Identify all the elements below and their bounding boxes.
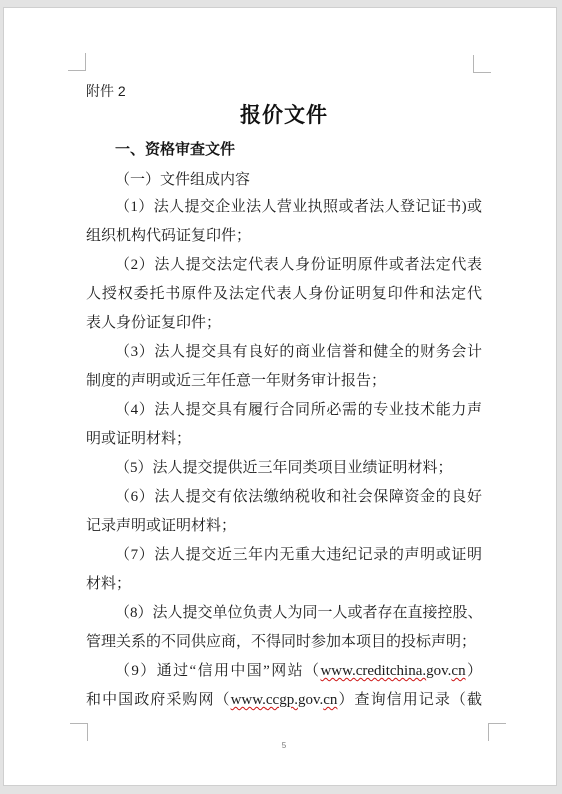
text-run: gov. [426, 663, 451, 679]
crop-mark-top-left-icon [68, 53, 86, 71]
text-line: 和中国政府采购网（www.ccgp.gov.cn）查询信用记录（截 [86, 686, 482, 715]
text-run: （5）法人提交提供近三年同类项目业绩证明材料； [115, 460, 453, 476]
attachment-label: 附件 2 [86, 81, 126, 101]
paragraph: （2）法人提交法定代表人身份证明原件或者法定代表人授权委托书原件及法定代表人身份… [86, 251, 482, 338]
paragraph: （3）法人提交具有良好的商业信誉和健全的财务会计制度的声明或近三年任意一年财务审… [86, 338, 482, 396]
text-line: 记录声明或证明材料； [86, 512, 482, 541]
text-run: 制度的声明或近三年任意一年财务审计报告； [86, 373, 386, 389]
document-page: 附件 2 报价文件 一、资格审查文件 （一）文件组成内容 （1）法人提交企业法人… [3, 7, 557, 786]
text-run: 组织机构代码证复印件； [86, 228, 251, 244]
text-run: （6）法人提交有依法缴纳税收和社会保障资金的良好 [115, 489, 482, 505]
text-line: 明或证明材料； [86, 425, 482, 454]
misspelled-url-segment: www. [231, 692, 266, 708]
text-run: （9）通过“信用中国”网站（ [115, 663, 320, 679]
text-line: （2）法人提交法定代表人身份证明原件或者法定代表 [86, 251, 482, 280]
paragraph: （9）通过“信用中国”网站（www.creditchina.gov.cn）和中国… [86, 657, 482, 715]
text-line: （7）法人提交近三年内无重大违纪记录的声明或证明 [86, 541, 482, 570]
text-line: （3）法人提交具有良好的商业信誉和健全的财务会计 [86, 338, 482, 367]
text-run: gov. [298, 692, 323, 708]
subsection-heading: （一）文件组成内容 [115, 168, 250, 189]
text-run: ） [466, 663, 482, 679]
misspelled-url-segment: www. [320, 663, 355, 679]
text-run: 和中国政府采购网（ [86, 692, 231, 708]
text-line: 人授权委托书原件及法定代表人身份证明复印件和法定代 [86, 280, 482, 309]
text-line: （4）法人提交具有履行合同所必需的专业技术能力声 [86, 396, 482, 425]
text-run: 表人身份证复印件； [86, 315, 221, 331]
misspelled-url-segment: creditchina. [356, 663, 426, 679]
text-line: 制度的声明或近三年任意一年财务审计报告； [86, 367, 482, 396]
crop-mark-bottom-left-icon [70, 723, 88, 741]
text-line: （9）通过“信用中国”网站（www.creditchina.gov.cn） [86, 657, 482, 686]
text-run: 管理关系的不同供应商，不得同时参加本项目的投标声明； [86, 634, 476, 650]
text-run: （8）法人提交单位负责人为同一人或者存在直接控股、 [115, 605, 482, 621]
misspelled-url-segment: cn [451, 663, 465, 679]
document-body: （1）法人提交企业法人营业执照或者法人登记证书)或组织机构代码证复印件；（2）法… [86, 193, 482, 715]
paragraph: （6）法人提交有依法缴纳税收和社会保障资金的良好记录声明或证明材料； [86, 483, 482, 541]
text-line: （5）法人提交提供近三年同类项目业绩证明材料； [86, 454, 482, 483]
text-run: （4）法人提交具有履行合同所必需的专业技术能力声 [115, 402, 482, 418]
text-run: （1）法人提交企业法人营业执照或者法人登记证书)或 [115, 199, 482, 215]
paragraph: （7）法人提交近三年内无重大违纪记录的声明或证明材料； [86, 541, 482, 599]
text-line: 组织机构代码证复印件； [86, 222, 482, 251]
text-run: 人授权委托书原件及法定代表人身份证明复印件和法定代 [86, 286, 482, 302]
document-title: 报价文件 [86, 99, 482, 129]
paragraph: （1）法人提交企业法人营业执照或者法人登记证书)或组织机构代码证复印件； [86, 193, 482, 251]
paragraph: （8）法人提交单位负责人为同一人或者存在直接控股、管理关系的不同供应商，不得同时… [86, 599, 482, 657]
page-number: 5 [86, 741, 482, 750]
misspelled-url-segment: cn [323, 692, 337, 708]
text-run: 记录声明或证明材料； [86, 518, 236, 534]
text-run: （2）法人提交法定代表人身份证明原件或者法定代表 [115, 257, 482, 273]
text-run: ）查询信用记录（截 [337, 692, 482, 708]
text-line: （1）法人提交企业法人营业执照或者法人登记证书)或 [86, 193, 482, 222]
text-line: 表人身份证复印件； [86, 309, 482, 338]
text-line: （6）法人提交有依法缴纳税收和社会保障资金的良好 [86, 483, 482, 512]
text-line: （8）法人提交单位负责人为同一人或者存在直接控股、 [86, 599, 482, 628]
text-run: （3）法人提交具有良好的商业信誉和健全的财务会计 [115, 344, 482, 360]
text-run: （7）法人提交近三年内无重大违纪记录的声明或证明 [115, 547, 482, 563]
text-run: 材料； [86, 576, 131, 592]
document-viewer: 附件 2 报价文件 一、资格审查文件 （一）文件组成内容 （1）法人提交企业法人… [0, 0, 562, 794]
misspelled-url-segment: ccgp. [266, 692, 298, 708]
text-line: 管理关系的不同供应商，不得同时参加本项目的投标声明； [86, 628, 482, 657]
crop-mark-bottom-right-icon [488, 723, 506, 741]
section-heading: 一、资格审查文件 [115, 138, 235, 159]
paragraph: （5）法人提交提供近三年同类项目业绩证明材料； [86, 454, 482, 483]
crop-mark-top-right-icon [473, 55, 491, 73]
paragraph: （4）法人提交具有履行合同所必需的专业技术能力声明或证明材料； [86, 396, 482, 454]
text-run: 明或证明材料； [86, 431, 191, 447]
text-line: 材料； [86, 570, 482, 599]
